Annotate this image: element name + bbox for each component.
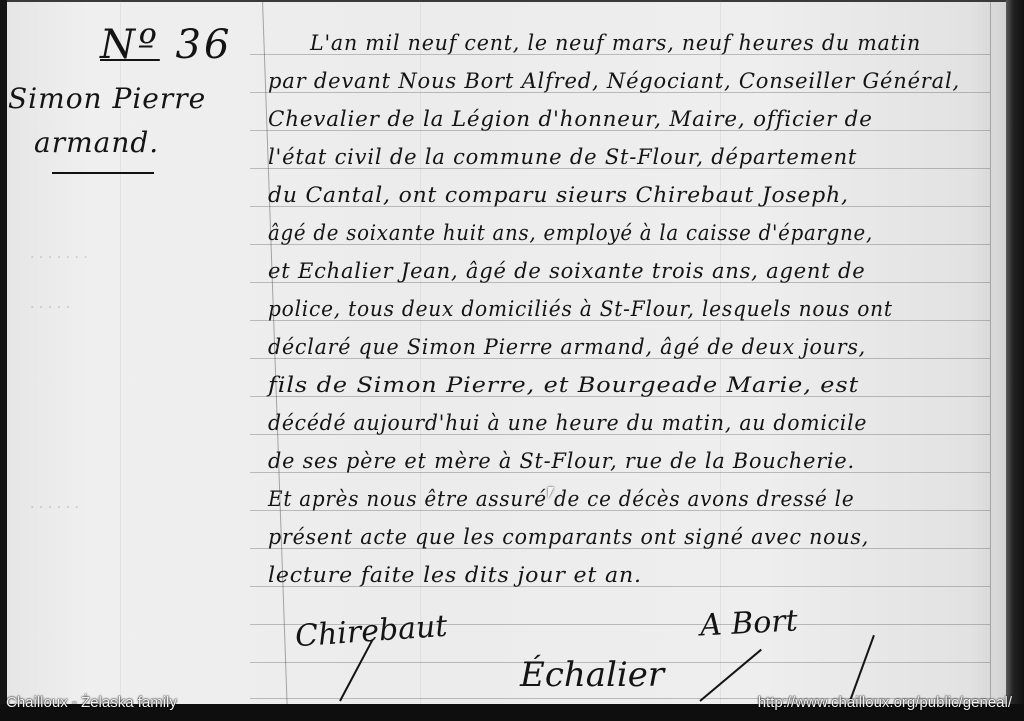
act-number: Nº 36 [100, 22, 232, 68]
page-left-edge [0, 0, 7, 721]
image-viewer: · · · · · · · · · · · · · · · · · · Nº 3… [0, 0, 1024, 721]
record-line: police, tous deux domiciliés à St-Flour,… [268, 297, 893, 321]
record-line: lecture faite les dits jour et an. [268, 563, 642, 587]
record-line: de ses père et mère à St-Flour, rue de l… [268, 449, 855, 473]
record-line: présent acte que les comparants ont sign… [268, 525, 869, 549]
record-line: Et après nous être assuré de ce décès av… [268, 487, 854, 511]
record-line: décédé aujourd'hui à une heure du matin,… [268, 411, 867, 435]
record-line: fils de Simon Pierre, et Bourgeade Marie… [268, 373, 859, 397]
page-top-edge [7, 0, 1010, 2]
mouse-cursor-icon [548, 487, 560, 499]
act-number-value: 36 [176, 22, 233, 68]
record-line: l'état civil de la commune de St-Flour, … [268, 145, 857, 169]
caption-family-name: Chailloux - Żelaska family [6, 694, 177, 711]
record-line: L'an mil neuf cent, le neuf mars, neuf h… [310, 31, 921, 55]
record-line: Chevalier de la Légion d'honneur, Maire,… [268, 107, 873, 131]
caption-website-url[interactable]: http://www.chailloux.org/public/geneal/ [758, 694, 1012, 711]
act-number-prefix: Nº [100, 22, 160, 68]
record-line: par devant Nous Bort Alfred, Négociant, … [268, 69, 960, 93]
record-line: et Echalier Jean, âgé de soixante trois … [268, 259, 865, 283]
page-binding-edge [1006, 0, 1024, 704]
margin-name-line-1: Simon Pierre [8, 82, 206, 115]
bleed-through-text: · · · · · [30, 300, 70, 316]
signature-witness-2: Échalier [520, 655, 664, 695]
right-margin-rule [990, 0, 991, 704]
bleed-through-text: · · · · · · [30, 500, 79, 516]
signature-mayor: A Bort [699, 603, 798, 643]
record-line: déclaré que Simon Pierre armand, âgé de … [268, 335, 866, 359]
margin-name-line-2: armand. [34, 126, 159, 159]
margin-name-underline [52, 172, 154, 174]
record-line: du Cantal, ont comparu sieurs Chirebaut … [268, 183, 849, 207]
record-line: âgé de soixante huit ans, employé à la c… [268, 221, 873, 245]
bleed-through-text: · · · · · · · [30, 250, 88, 266]
